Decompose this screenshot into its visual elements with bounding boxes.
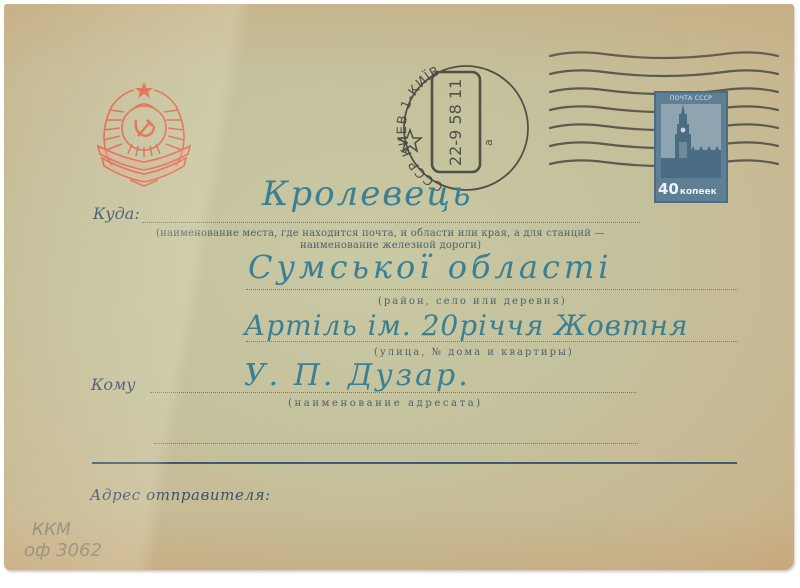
postage-stamp: ПОЧТА СССР 40 копеек bbox=[654, 91, 728, 203]
whom-label: Кому bbox=[91, 375, 136, 394]
street-hint: (улица, № дома и квартиры) bbox=[374, 347, 574, 358]
to-label: Куда: bbox=[93, 204, 140, 223]
to-dotted-line bbox=[142, 222, 640, 223]
ussr-coat-of-arms-icon bbox=[92, 80, 196, 190]
stamp-value: 40 копеек bbox=[658, 180, 724, 198]
envelope: ПОЧТА СССР 40 копеек bbox=[4, 4, 794, 570]
to-hint-line1: (наименование места, где находится почта… bbox=[156, 228, 605, 239]
svg-text:а: а bbox=[482, 139, 495, 146]
handwritten-place: Кролевець bbox=[262, 174, 472, 214]
spasskaya-tower-kremlin-icon bbox=[661, 104, 721, 178]
region-dotted-line bbox=[246, 289, 738, 290]
separator-line bbox=[92, 462, 737, 464]
sender-label: Адрес отправителя: bbox=[90, 486, 271, 504]
extra-dotted-line bbox=[154, 443, 638, 444]
pencil-note-line1: ККМ bbox=[32, 520, 71, 540]
stamp-title: ПОЧТА СССР bbox=[664, 95, 718, 103]
svg-text:22-9 58 11: 22-9 58 11 bbox=[446, 79, 465, 166]
handwritten-region: Сумської області bbox=[248, 248, 612, 286]
handwritten-addressee: У. П. Дузар. bbox=[244, 358, 471, 393]
handwritten-street: Артіль ім. 20річчя Жовтня bbox=[244, 309, 689, 342]
district-hint: (район, село или деревня) bbox=[378, 296, 567, 307]
stamp-currency: копеек bbox=[680, 187, 717, 197]
whom-hint: (наименование адресата) bbox=[288, 398, 483, 409]
stamp-denomination: 40 bbox=[658, 180, 679, 198]
pencil-note-line2: оф 3062 bbox=[24, 540, 102, 561]
